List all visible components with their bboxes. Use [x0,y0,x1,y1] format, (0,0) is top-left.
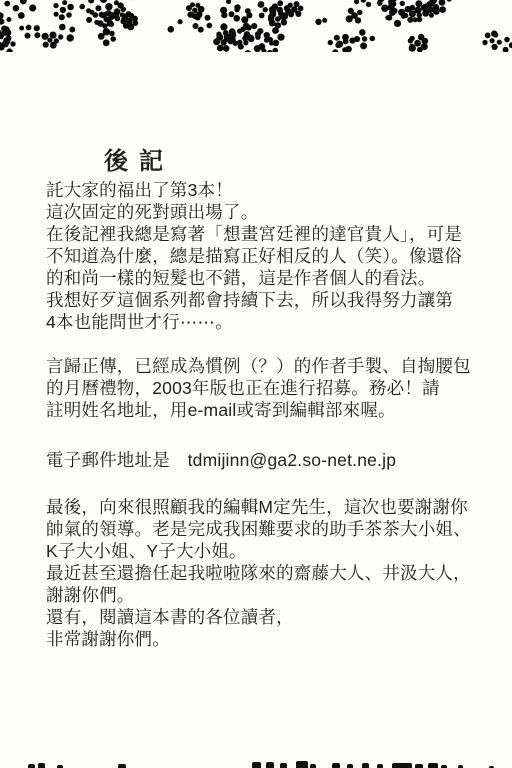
paragraph: 最近甚至還擔任起我啦啦隊來的齋藤大人、井汲大人，謝謝你們。 [46,562,486,606]
paragraph: 我想好歹這個系列都會持續下去，所以我得努力讓第4本也能問世才行⋯⋯。 [46,289,486,333]
afterword-body: 託大家的福出了第3本！這次固定的死對頭出場了。在後記裡我總是寫著「想畫宮廷裡的達… [46,179,486,650]
text-line: 言歸正傳，已經成為慣例（？）的作者手製、自掏腰包 [46,355,486,377]
text-line: 非常謝謝你們。 [46,628,486,650]
halftone-dot-pattern-top [0,0,512,52]
text-line: 這次固定的死對頭出場了。 [46,201,486,223]
email-line: 電子郵件地址是 tdmijinn@ga2.so-net.ne.jp [46,449,486,471]
text-line: 還有，閱讀這本書的各位讀者， [46,606,486,628]
text-line: K子大小姐、Y子大小姐。 [46,540,486,562]
text-line: 謝謝你們。 [46,584,486,606]
text-line: 的月曆禮物，2003年版也正在進行招募。務必！請 [46,377,486,399]
paragraph: 在後記裡我總是寫著「想畫宮廷裡的達官貴人」，可是不知道為什麼，總是描寫正好相反的… [46,223,486,289]
text-line: 託大家的福出了第3本！ [46,179,486,201]
text-line: 最後，向來很照顧我的編輯M定先生，這次也要謝謝你 [46,496,486,518]
paragraph: 還有，閱讀這本書的各位讀者， [46,606,486,628]
paragraph: 最後，向來很照顧我的編輯M定先生，這次也要謝謝你帥氣的領導。老是完成我困難要求的… [46,496,486,562]
text-line: 我想好歹這個系列都會持續下去，所以我得努力讓第 [46,289,486,311]
text-line: 在後記裡我總是寫著「想畫宮廷裡的達官貴人」，可是 [46,223,486,245]
paragraph: 非常謝謝你們。 [46,628,486,650]
text-line: 電子郵件地址是 tdmijinn@ga2.so-net.ne.jp [46,449,486,471]
page-title: 後記 [104,149,174,175]
text-line: 4本也能問世才行⋯⋯。 [46,311,486,333]
text-line: 帥氣的領導。老是完成我困難要求的助手茶茶大小姐、 [46,518,486,540]
paragraph: 言歸正傳，已經成為慣例（？）的作者手製、自掏腰包的月曆禮物，2003年版也正在進… [46,355,486,421]
text-line: 不知道為什麼，總是描寫正好相反的人（笑）。像還俗 [46,245,486,267]
scanned-afterword-page: 後記 託大家的福出了第3本！這次固定的死對頭出場了。在後記裡我總是寫著「想畫宮廷… [0,0,512,768]
text-line: 最近甚至還擔任起我啦啦隊來的齋藤大人、井汲大人， [46,562,486,584]
text-line: 的和尚一樣的短髮也不錯，這是作者個人的看法。 [46,267,486,289]
text-line: 註明姓名地址，用e-mail或寄到編輯部來喔。 [46,399,486,421]
paragraph: 託大家的福出了第3本！這次固定的死對頭出場了。 [46,179,486,223]
cropped-dot-strip-bottom [0,759,512,768]
